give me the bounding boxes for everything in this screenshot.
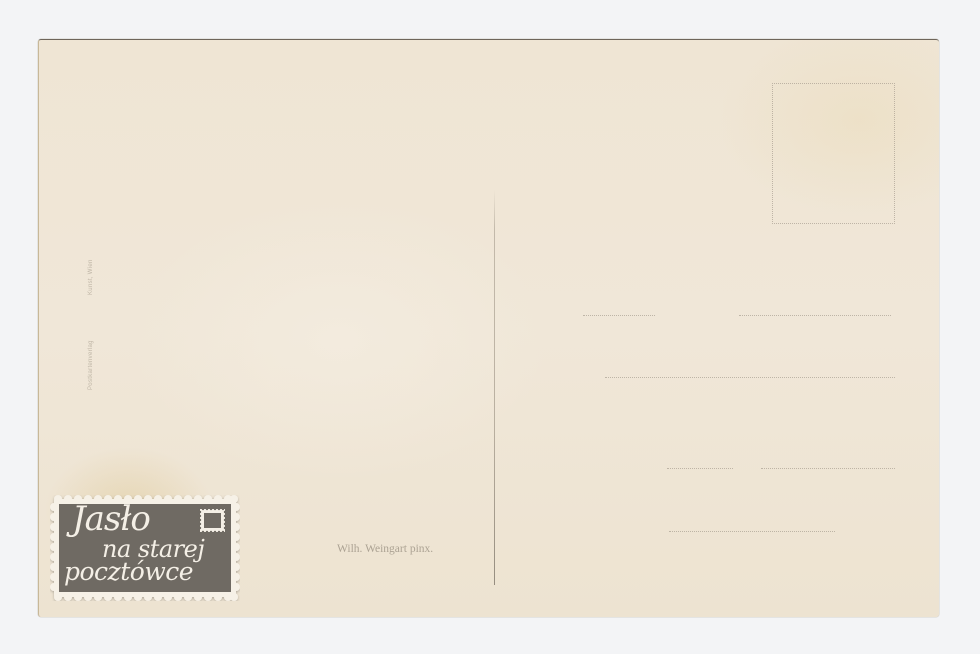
stamp-placeholder-box bbox=[772, 83, 895, 224]
publisher-city-vertical-text: Kunst, Wien bbox=[88, 259, 94, 295]
watermark-line-3: pocztówce bbox=[64, 557, 193, 586]
address-line-4 bbox=[669, 531, 835, 532]
address-line-3b bbox=[761, 468, 895, 469]
caption-artist: Wilh. Weingart pinx. bbox=[337, 543, 433, 555]
watermark-line-1: Jasło bbox=[72, 499, 150, 539]
center-divider-line bbox=[494, 190, 495, 585]
address-line-1a bbox=[583, 315, 655, 316]
stamp-icon bbox=[199, 508, 226, 533]
watermark-badge: Jasło na starej pocztówce bbox=[50, 495, 240, 601]
address-line-2 bbox=[605, 377, 895, 378]
address-line-3a bbox=[667, 468, 733, 469]
publisher-vertical-text: Postkartenverlag bbox=[88, 340, 94, 390]
address-line-1b bbox=[739, 315, 891, 316]
